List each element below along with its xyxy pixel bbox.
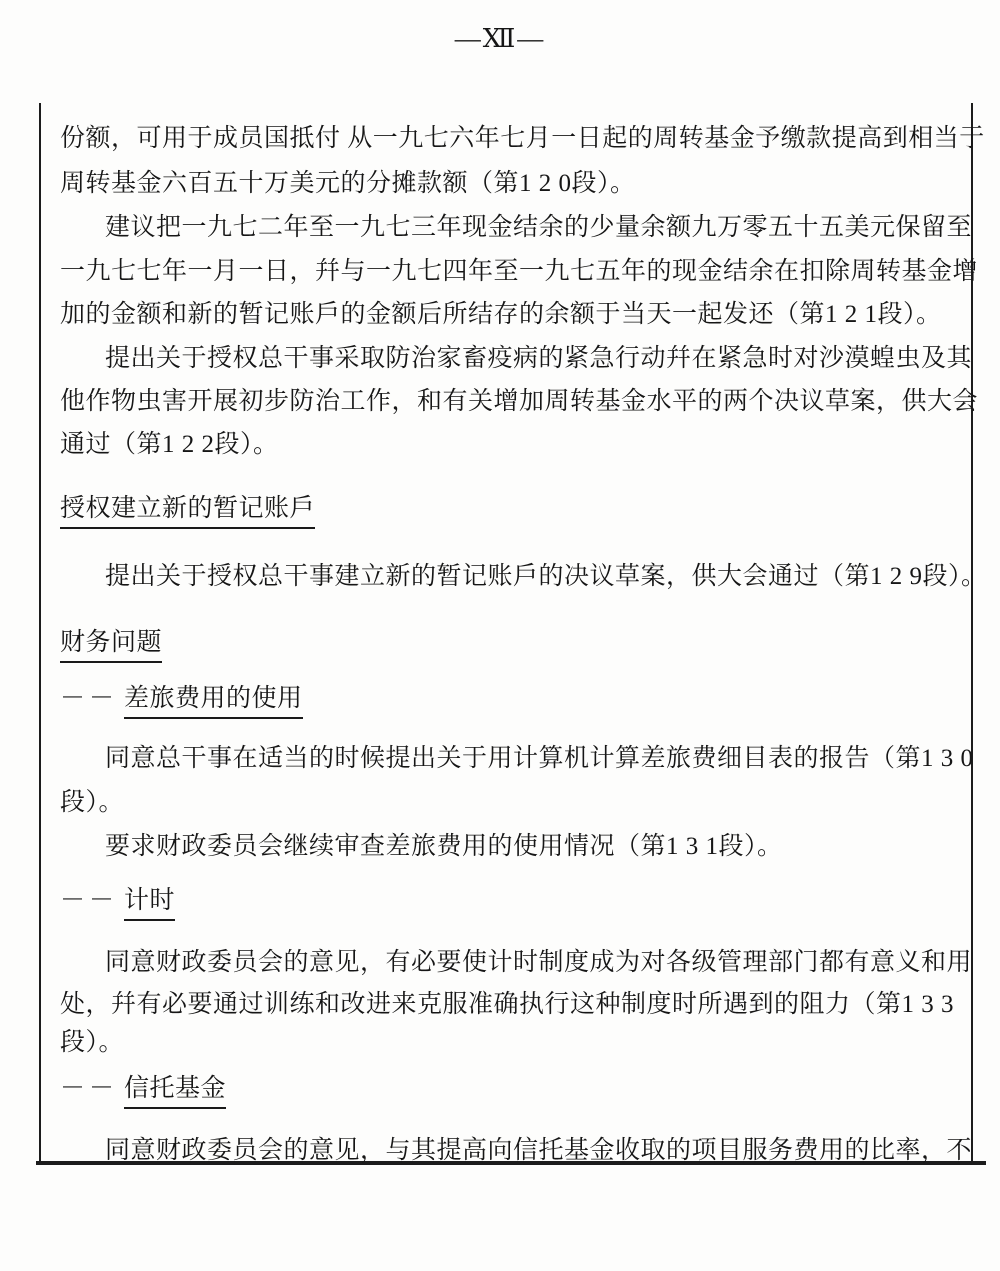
- paragraph-121-line-2: 一九七七年一月一日，幷与一九七四年至一九七五年的现金结余在扣除周转基金增: [60, 251, 978, 287]
- subheading-travel-expenses: －－差旅费用的使用: [60, 678, 303, 714]
- paragraph-130-line-2: 段）。: [60, 782, 124, 818]
- paragraph-122-line-1: 提出关于授权总干事采取防治家畜疫病的紧急行动幷在紧急时对沙漠蝗虫及其: [105, 338, 972, 374]
- paragraph-121-line-1: 建议把一九七二年至一九七三年现金结余的少量余额九万零五十五美元保留至: [105, 207, 972, 243]
- paragraph-122-line-3: 通过（第1 2 2段）。: [60, 424, 279, 460]
- section-heading-financial-matters: 财务问题: [60, 622, 162, 658]
- document-page: —Ⅻ— 份额，可用于成员国抵付 从一九七六年七月一日起的周转基金予缴款提高到相当…: [0, 0, 1000, 1271]
- paragraph-129-line-1: 提出关于授权总干事建立新的暂记账戶的决议草案，供大会通过（第1 2 9段）。: [105, 556, 987, 592]
- subheading-text: 计时: [124, 887, 175, 921]
- paragraph-121-line-3: 加的金额和新的暂记账戶的金额后所结存的余额于当天一起发还（第1 2 1段）。: [60, 294, 942, 330]
- section-heading-new-suspense-account: 授权建立新的暂记账戶: [60, 488, 315, 524]
- paragraph-120-line-2: 周转基金六百五十万美元的分摊款额（第1 2 0段）。: [60, 163, 636, 199]
- section-heading-text: 授权建立新的暂记账戶: [60, 495, 315, 529]
- paragraph-131-line-1: 要求财政委员会继续审查差旅费用的使用情况（第1 3 1段）。: [105, 826, 783, 862]
- subheading-text: 差旅费用的使用: [124, 685, 303, 719]
- paragraph-last-line-1: 同意财政委员会的意见，与其提高向信托基金收取的项目服务费用的比率，不: [105, 1130, 972, 1166]
- section-heading-text: 财务问题: [60, 629, 162, 663]
- page-number: —Ⅻ—: [0, 24, 1000, 54]
- left-border-line: [39, 103, 41, 1163]
- dash-prefix: －－: [60, 678, 118, 714]
- paragraph-130-line-1: 同意总干事在适当的时候提出关于用计算机计算差旅费细目表的报告（第1 3 0: [105, 738, 974, 774]
- paragraph-133-line-1: 同意财政委员会的意见，有必要使计时制度成为对各级管理部门都有意义和用: [105, 942, 972, 978]
- paragraph-120-line-1: 份额，可用于成员国抵付 从一九七六年七月一日起的周转基金予缴款提高到相当于: [60, 118, 985, 154]
- subheading-text: 信托基金: [124, 1075, 226, 1109]
- dash-prefix: －－: [60, 880, 118, 916]
- subheading-timekeeping: －－计时: [60, 880, 175, 916]
- subheading-trust-funds: －－信托基金: [60, 1068, 226, 1104]
- dash-prefix: －－: [60, 1068, 118, 1104]
- paragraph-122-line-2: 他作物虫害开展初步防治工作，和有关增加周转基金水平的两个决议草案，供大会: [60, 381, 978, 417]
- paragraph-133-line-3: 段）。: [60, 1022, 124, 1058]
- paragraph-133-line-2: 处，幷有必要通过训练和改进来克服准确执行这种制度时所遇到的阻力（第1 3 3: [60, 984, 954, 1020]
